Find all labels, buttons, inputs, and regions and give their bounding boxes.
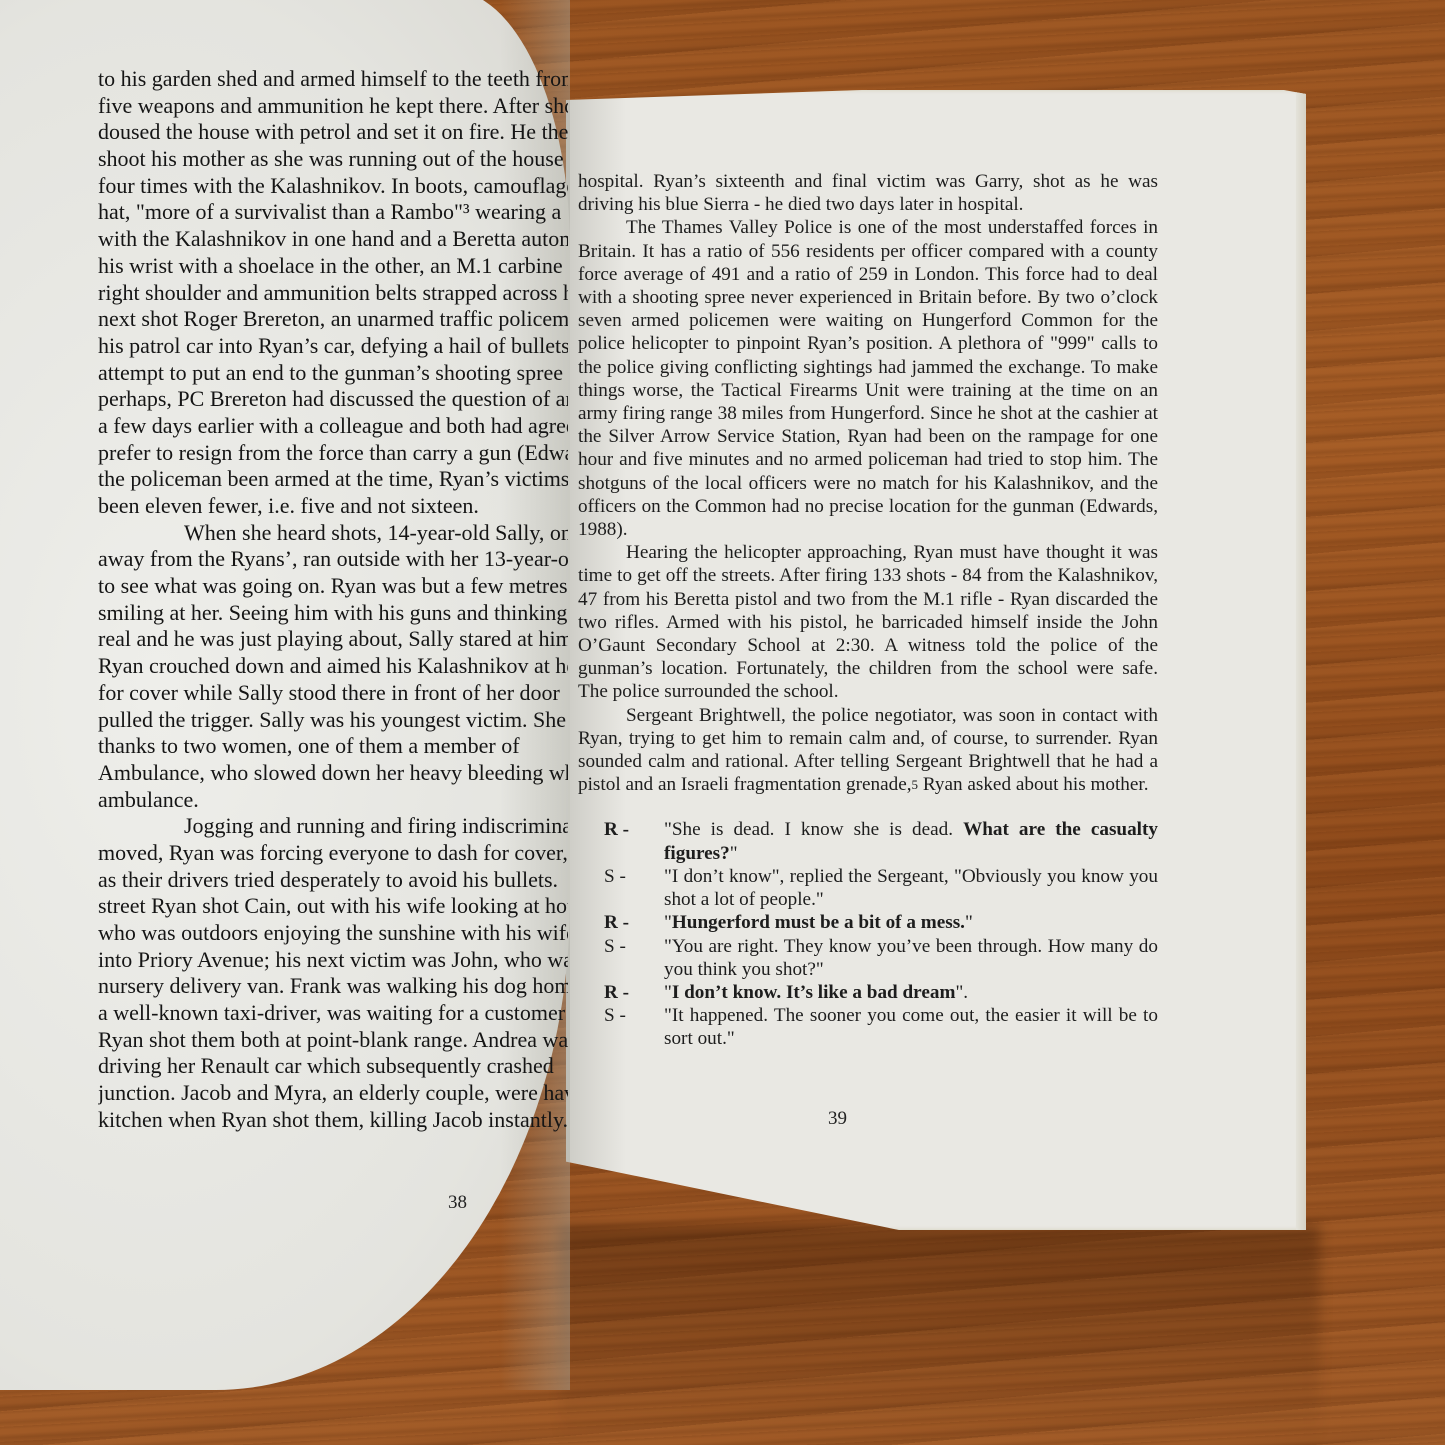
- text-line: ambulance.: [98, 787, 568, 814]
- text-line: next shot Roger Brereton, an unarmed tra…: [98, 306, 568, 333]
- text-line: into Priory Avenue; his next victim was …: [98, 947, 568, 974]
- text-line: right shoulder and ammunition belts stra…: [98, 280, 568, 307]
- text-line: shoot his mother as she was running out …: [98, 146, 568, 173]
- speaker-label: R -: [604, 981, 664, 1004]
- speaker-label: R -: [604, 911, 664, 934]
- text-line: five weapons and ammunition he kept ther…: [98, 93, 568, 120]
- text-line: moved, Ryan was forcing everyone to dash…: [98, 840, 568, 867]
- text-line: his wrist with a shoelace in the other, …: [98, 253, 568, 280]
- text-line: prefer to resign from the force than car…: [98, 440, 568, 467]
- paragraph: The Thames Valley Police is one of the m…: [578, 216, 1158, 541]
- text-line: hat, "more of a survivalist than a Rambo…: [98, 199, 568, 226]
- text-line: his patrol car into Ryan’s car, defying …: [98, 333, 568, 360]
- plain-text: ": [664, 982, 672, 1003]
- text-line: nursery delivery van. Frank was walking …: [98, 973, 568, 1000]
- plain-text: ".: [955, 982, 968, 1003]
- plain-text: ": [730, 843, 738, 864]
- text-line: with the Kalashnikov in one hand and a B…: [98, 226, 568, 253]
- plain-text: ": [965, 912, 973, 933]
- text-line: who was outdoors enjoying the sunshine w…: [98, 920, 568, 947]
- text-line: When she heard shots, 14-year-old Sally,…: [98, 520, 568, 547]
- text-line: real and he was just playing about, Sall…: [98, 626, 568, 653]
- plain-text: "I don’t know", replied the Sergeant, "O…: [664, 866, 1158, 910]
- bold-text: Hungerford must be a bit of a mess.: [672, 912, 965, 933]
- speaker-label: S -: [604, 1004, 664, 1050]
- plain-text: ": [664, 912, 672, 933]
- right-page-text: hospital. Ryan’s sixteenth and final vic…: [566, 170, 1158, 1051]
- text-line: Ryan crouched down and aimed his Kalashn…: [98, 653, 568, 680]
- dialogue-line: S - "You are right. They know you’ve bee…: [604, 935, 1158, 981]
- text-line: Ryan shot them both at point-blank range…: [98, 1027, 568, 1054]
- speaker-label: S -: [604, 935, 664, 981]
- dialogue-text: "I don’t know", replied the Sergeant, "O…: [664, 865, 1158, 911]
- paragraph: Hearing the helicopter approaching, Ryan…: [578, 541, 1158, 703]
- dialogue-line: R - "Hungerford must be a bit of a mess.…: [604, 911, 1158, 934]
- text-line: Jogging and running and firing indiscrim…: [98, 813, 568, 840]
- text-line: pulled the trigger. Sally was his younge…: [98, 707, 568, 734]
- speaker-label: R -: [604, 818, 664, 864]
- dialogue-text: "Hungerford must be a bit of a mess.": [664, 911, 1158, 934]
- dialogue-line: S - "I don’t know", replied the Sergeant…: [604, 865, 1158, 911]
- text-line: as their drivers tried desperately to av…: [98, 867, 568, 894]
- text-line: smiling at her. Seeing him with his guns…: [98, 600, 568, 627]
- paragraph: hospital. Ryan’s sixteenth and final vic…: [578, 170, 1158, 216]
- book-shadow: [560, 1225, 1320, 1445]
- text-line: away from the Ryans’, ran outside with h…: [98, 546, 568, 573]
- text-line: doused the house with petrol and set it …: [98, 119, 568, 146]
- footnote-marker: 5: [912, 777, 919, 792]
- page-number-left: 38: [448, 1192, 467, 1214]
- dialogue-text: "You are right. They know you’ve been th…: [664, 935, 1158, 981]
- dialogue-transcript: R - "She is dead. I know she is dead. Wh…: [578, 818, 1158, 1050]
- page-number-right: 39: [828, 1108, 847, 1130]
- text-line: thanks to two women, one of them a membe…: [98, 733, 568, 760]
- dialogue-line: R - "She is dead. I know she is dead. Wh…: [604, 818, 1158, 864]
- dialogue-text: "It happened. The sooner you come out, t…: [664, 1004, 1158, 1050]
- text-line: for cover while Sally stood there in fro…: [98, 680, 568, 707]
- text-line: to see what was going on. Ryan was but a…: [98, 573, 568, 600]
- text-line: to his garden shed and armed himself to …: [98, 66, 568, 93]
- paragraph-end: Ryan asked about his mother.: [923, 774, 1149, 795]
- text-line: a few days earlier with a colleague and …: [98, 413, 568, 440]
- dialogue-text: "She is dead. I know she is dead. What a…: [664, 818, 1158, 864]
- dialogue-line: S - "It happened. The sooner you come ou…: [604, 1004, 1158, 1050]
- plain-text: "She is dead. I know she is dead.: [664, 819, 963, 840]
- text-line: Ambulance, who slowed down her heavy ble…: [98, 760, 568, 787]
- speaker-label: S -: [604, 865, 664, 911]
- bold-text: I don’t know. It’s like a bad dream: [672, 982, 956, 1003]
- text-line: kitchen when Ryan shot them, killing Jac…: [98, 1107, 568, 1134]
- text-line: street Ryan shot Cain, out with his wife…: [98, 893, 568, 920]
- plain-text: "It happened. The sooner you come out, t…: [664, 1005, 1158, 1049]
- paragraph: Sergeant Brightwell, the police negotiat…: [578, 704, 1158, 797]
- dialogue-text: "I don’t know. It’s like a bad dream".: [664, 981, 1158, 1004]
- plain-text: "You are right. They know you’ve been th…: [664, 936, 1158, 980]
- text-line: been eleven fewer, i.e. five and not six…: [98, 493, 568, 520]
- text-line: perhaps, PC Brereton had discussed the q…: [98, 386, 568, 413]
- text-line: four times with the Kalashnikov. In boot…: [98, 173, 568, 200]
- text-line: a well-known taxi-driver, was waiting fo…: [98, 1000, 568, 1027]
- text-line: driving her Renault car which subsequent…: [98, 1053, 568, 1080]
- left-page-text: to his garden shed and armed himself to …: [98, 66, 568, 1134]
- dialogue-line: R - "I don’t know. It’s like a bad dream…: [604, 981, 1158, 1004]
- text-line: junction. Jacob and Myra, an elderly cou…: [98, 1080, 568, 1107]
- text-line: the policeman been armed at the time, Ry…: [98, 466, 568, 493]
- text-line: attempt to put an end to the gunman’s sh…: [98, 360, 568, 387]
